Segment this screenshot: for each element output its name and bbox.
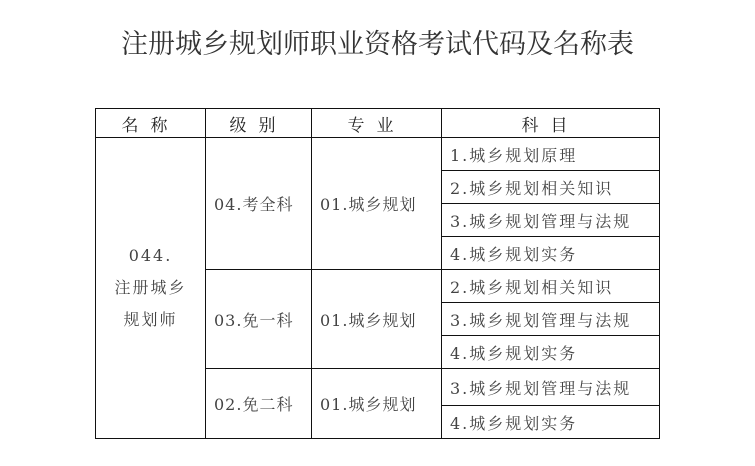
subject-cell: 1.城乡规划原理 xyxy=(442,138,660,171)
table-header-row: 名称 级别 专业 科目 xyxy=(96,109,660,138)
major-cell: 01.城乡规划 xyxy=(312,270,442,369)
major-cell: 01.城乡规划 xyxy=(312,138,442,270)
level-cell: 02.免二科 xyxy=(206,369,312,439)
exam-code-table: 名称 级别 专业 科目 044. 注册城乡 规划师 04.考全科 01.城乡规划… xyxy=(95,108,660,439)
subject-cell: 4.城乡规划实务 xyxy=(442,336,660,369)
subject-cell: 3.城乡规划管理与法规 xyxy=(442,204,660,237)
cert-name-line2: 规划师 xyxy=(96,304,205,336)
cert-name-cell: 044. 注册城乡 规划师 xyxy=(96,138,206,439)
header-name: 名称 xyxy=(96,109,206,138)
level-cell: 04.考全科 xyxy=(206,138,312,270)
cert-name-line1: 注册城乡 xyxy=(96,272,205,304)
subject-cell: 3.城乡规划管理与法规 xyxy=(442,303,660,336)
subject-cell: 4.城乡规划实务 xyxy=(442,406,660,439)
page-title: 注册城乡规划师职业资格考试代码及名称表 xyxy=(0,22,755,61)
header-major: 专业 xyxy=(312,109,442,138)
major-cell: 01.城乡规划 xyxy=(312,369,442,439)
header-level: 级别 xyxy=(206,109,312,138)
subject-cell: 2.城乡规划相关知识 xyxy=(442,270,660,303)
subject-cell: 4.城乡规划实务 xyxy=(442,237,660,270)
header-subject: 科目 xyxy=(442,109,660,138)
subject-cell: 2.城乡规划相关知识 xyxy=(442,171,660,204)
table-row: 044. 注册城乡 规划师 04.考全科 01.城乡规划 1.城乡规划原理 xyxy=(96,138,660,171)
cert-code: 044. xyxy=(96,240,205,272)
subject-cell: 3.城乡规划管理与法规 xyxy=(442,369,660,406)
level-cell: 03.免一科 xyxy=(206,270,312,369)
